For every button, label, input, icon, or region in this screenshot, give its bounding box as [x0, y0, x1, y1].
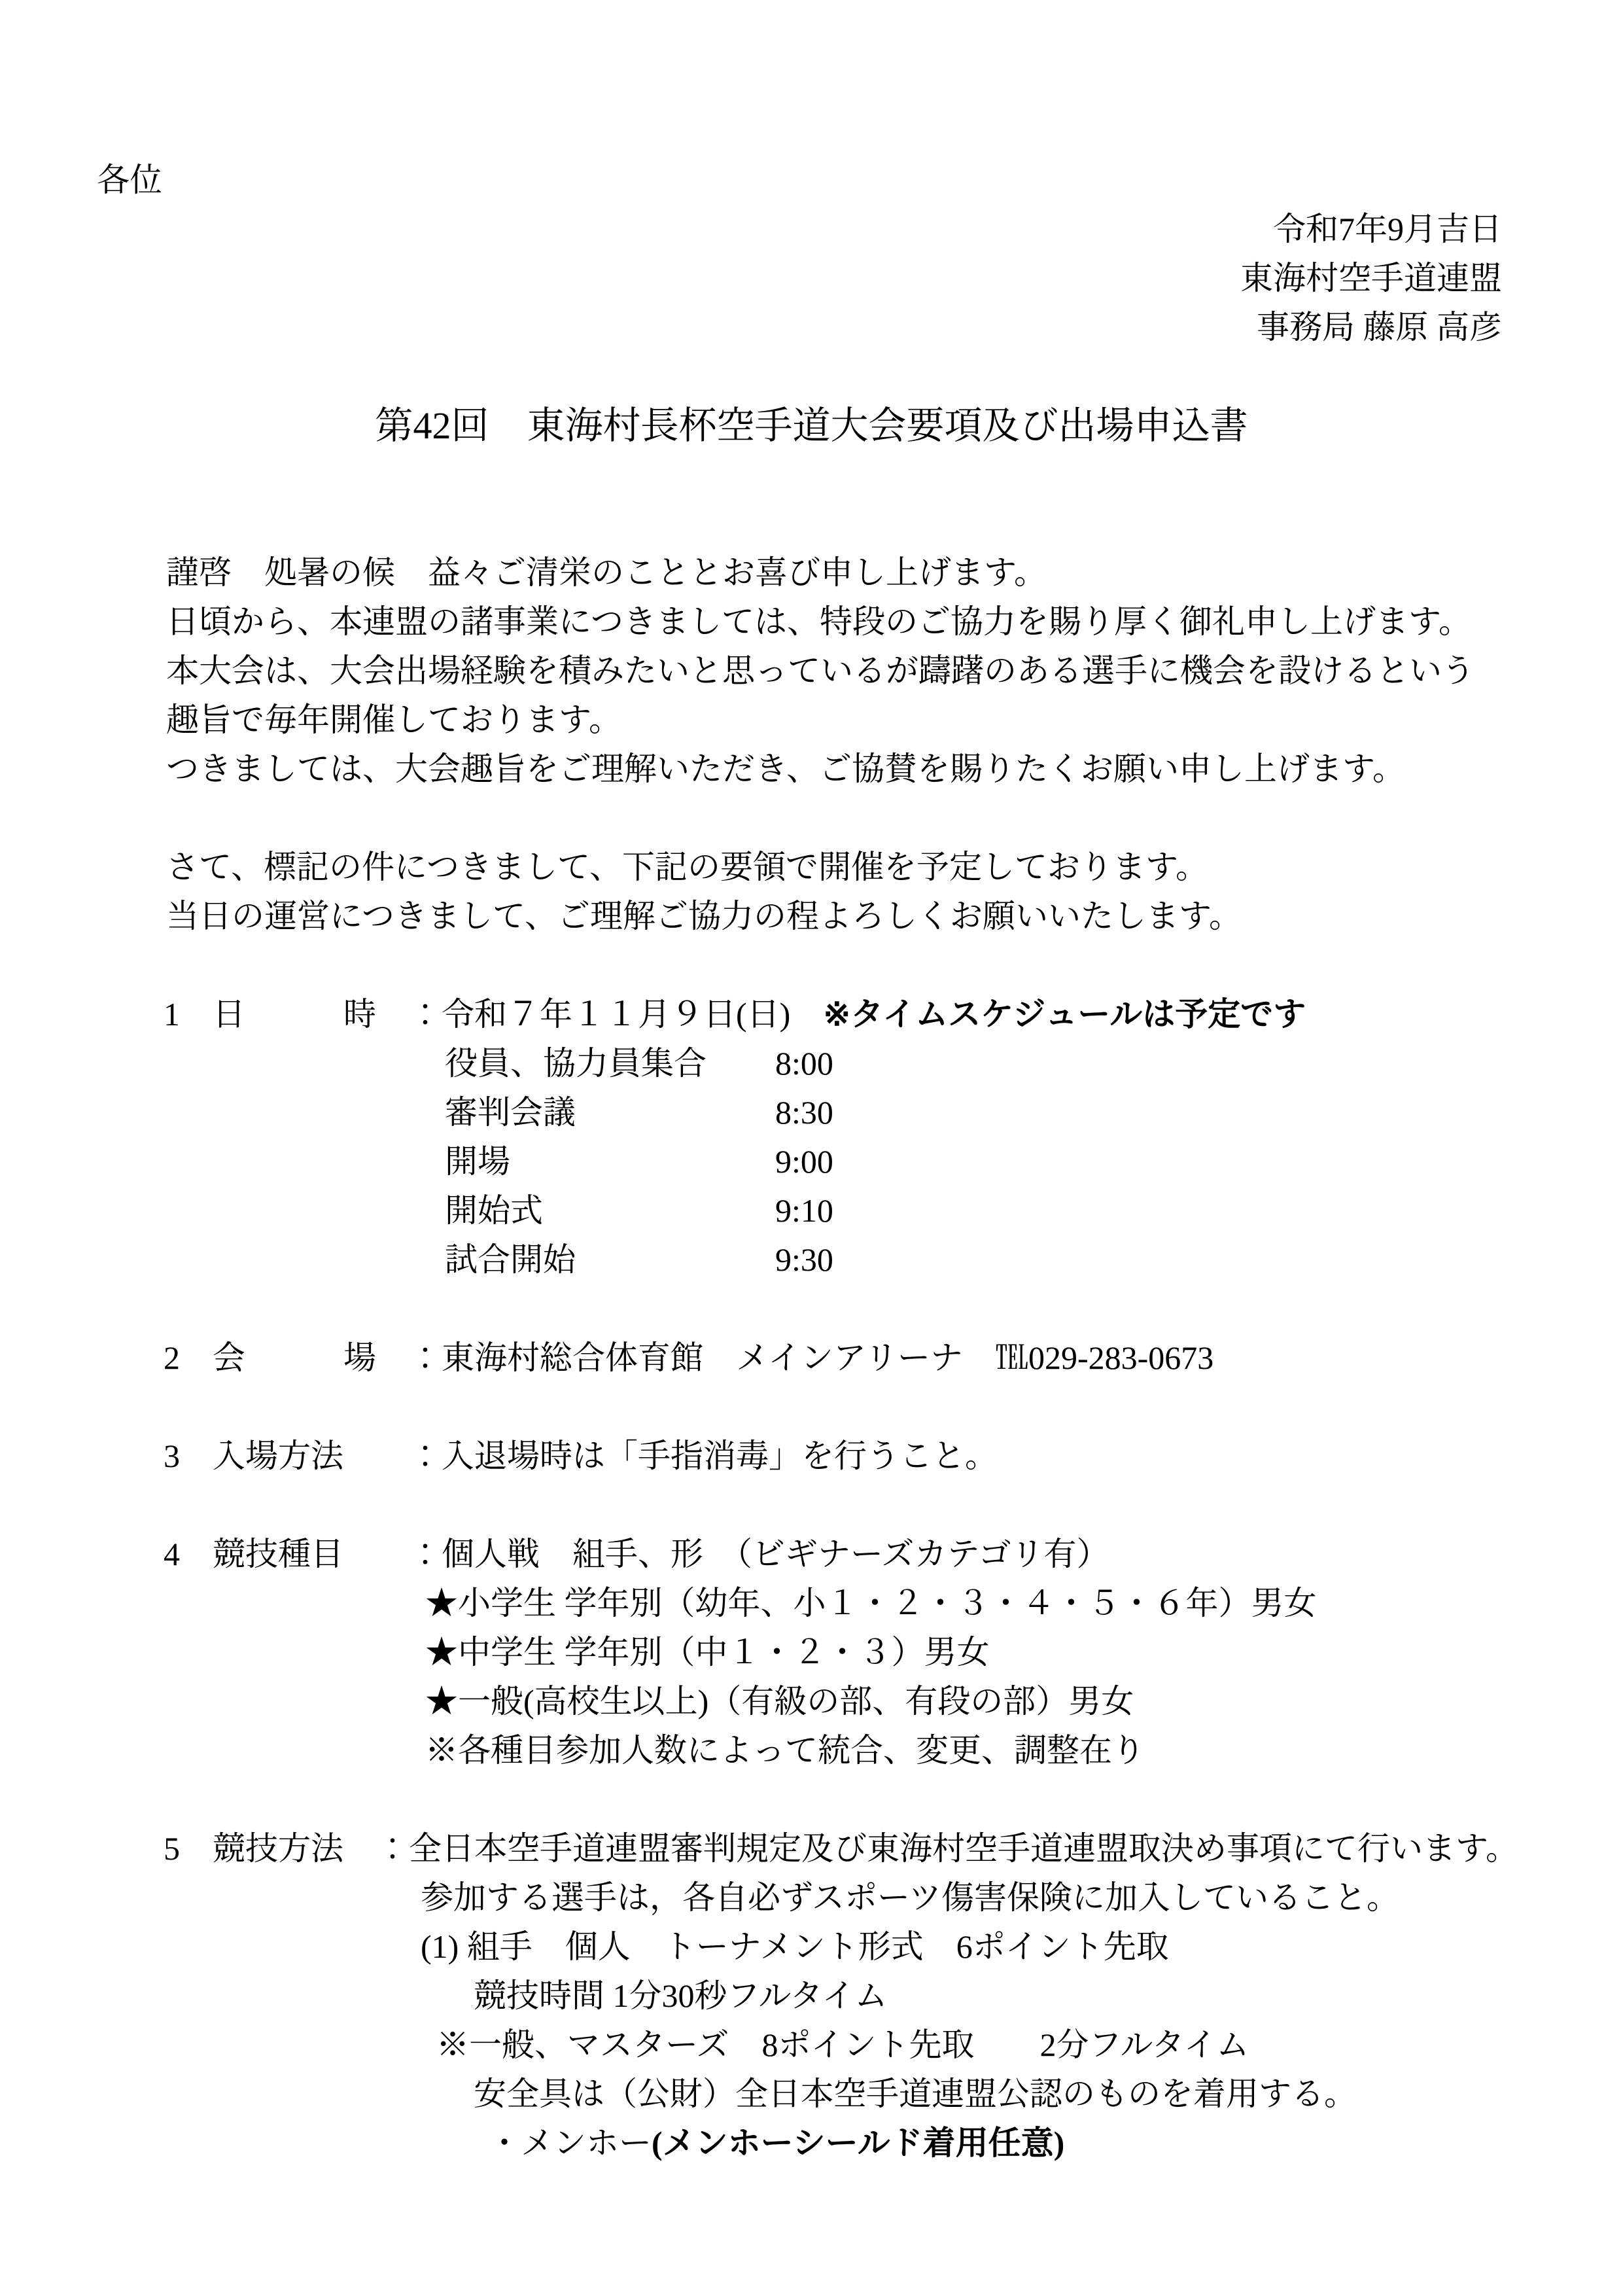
item-rules: 5 競技方法 ：全日本空手道連盟審判規定及び東海村空手道連盟取決め事項にて行いま…: [164, 1824, 1623, 1873]
item-datetime-text: 1 日 時 ：令和７年１１月９日(日): [164, 996, 823, 1033]
schedule-time: 9:30: [775, 1241, 833, 1278]
schedule-time: 9:00: [775, 1143, 833, 1180]
document-page: 各位 令和7年9月吉日 東海村空手道連盟 事務局 藤原 高彦 第42回 東海村長…: [0, 0, 1623, 2296]
notice-line: さて、標記の件につきまして、下記の要領で開催を予定しております。: [166, 843, 1623, 892]
schedule-label: 開場: [445, 1137, 775, 1186]
rules-menhou-prefix: ・メンホー: [488, 2125, 652, 2161]
schedule-row: 審判会議8:30: [445, 1088, 1623, 1137]
rules-match-time: 競技時間 1分30秒フルタイム: [474, 1971, 1623, 2021]
item-datetime: 1 日 時 ：令和７年１１月９日(日) ※タイムスケジュールは予定です: [164, 990, 1623, 1039]
rules-safety-gear: 安全具は（公財）全日本空手道連盟公認のものを着用する。: [474, 2070, 1623, 2119]
rules-general-masters: ※一般、マスターズ 8ポイント先取 2分フルタイム: [436, 2021, 1623, 2070]
spacer: [0, 1481, 1623, 1530]
rules-kumite-format: (1) 組手 個人 トーナメント形式 6ポイント先取: [421, 1922, 1623, 1971]
greeting-line: 日頃から、本連盟の諸事業につきましては、特段のご協力を賜り厚く御礼申し上げます。: [166, 597, 1623, 646]
office-contact: 事務局 藤原 高彦: [0, 303, 1623, 352]
notice-line: 当日の運営につきまして、ご理解ご協力の程よろしくお願いいたします。: [166, 892, 1623, 941]
schedule-label: 開始式: [445, 1186, 775, 1235]
schedule-row: 試合開始9:30: [445, 1235, 1623, 1284]
events-juniorhigh: ★中学生 学年別（中１・２・３）男女: [425, 1628, 1623, 1677]
organization-name: 東海村空手道連盟: [0, 254, 1623, 303]
events-general: ★一般(高校生以上)（有級の部、有段の部）男女: [425, 1677, 1623, 1726]
schedule-row: 役員、協力員集合8:00: [445, 1039, 1623, 1088]
greeting-line: 趣旨で毎年開催しております。: [166, 696, 1623, 745]
spacer: [0, 1775, 1623, 1824]
schedule-label: 役員、協力員集合: [445, 1039, 775, 1088]
item-entry-method: 3 入場方法 ：入退場時は「手指消毒」を行うこと。: [164, 1432, 1623, 1481]
greeting-line: 謹啓 処暑の候 益々ご清栄のこととお喜び申し上げます。: [166, 548, 1623, 597]
rules-insurance: 参加する選手は，各自必ずスポーツ傷害保険に加入していること。: [421, 1873, 1623, 1922]
spacer: [0, 352, 1623, 401]
spacer: [0, 1284, 1623, 1333]
greeting-line: 本大会は、大会出場経験を積みたいと思っているが躊躇のある選手に機会を設けるという: [166, 646, 1623, 696]
issue-date: 令和7年9月吉日: [0, 205, 1623, 254]
spacer: [0, 941, 1623, 990]
schedule-note: ※タイムスケジュールは予定です: [823, 996, 1306, 1033]
spacer: [0, 794, 1623, 843]
schedule-label: 審判会議: [445, 1088, 775, 1137]
greeting-line: つきましては、大会趣旨をご理解いただき、ご協賛を賜りたくお願い申し上げます。: [166, 745, 1623, 794]
schedule-time: 9:10: [775, 1192, 833, 1229]
item-events: 4 競技種目 ：個人戦 組手、形 （ビギナーズカテゴリ有）: [164, 1530, 1623, 1579]
spacer: [0, 1383, 1623, 1432]
events-elementary: ★小学生 学年別（幼年、小１・２・３・４・５・６年）男女: [425, 1579, 1623, 1628]
rules-menhou: ・メンホー(メンホーシールド着用任意): [488, 2119, 1623, 2168]
schedule-row: 開場9:00: [445, 1137, 1623, 1186]
schedule-row: 開始式9:10: [445, 1186, 1623, 1235]
spacer: [0, 450, 1623, 499]
schedule-time: 8:30: [775, 1094, 833, 1131]
events-adjust-note: ※各種目参加人数によって統合、変更、調整在り: [425, 1726, 1623, 1775]
schedule-time: 8:00: [775, 1045, 833, 1082]
spacer: [0, 499, 1623, 548]
item-venue: 2 会 場 ：東海村総合体育館 メインアリーナ ℡029-283-0673: [164, 1333, 1623, 1383]
document-title: 第42回 東海村長杯空手道大会要項及び出場申込書: [0, 401, 1623, 450]
schedule-label: 試合開始: [445, 1235, 775, 1284]
recipient: 各位: [97, 156, 1623, 205]
rules-menhou-bold: (メンホーシールド着用任意): [652, 2125, 1064, 2161]
